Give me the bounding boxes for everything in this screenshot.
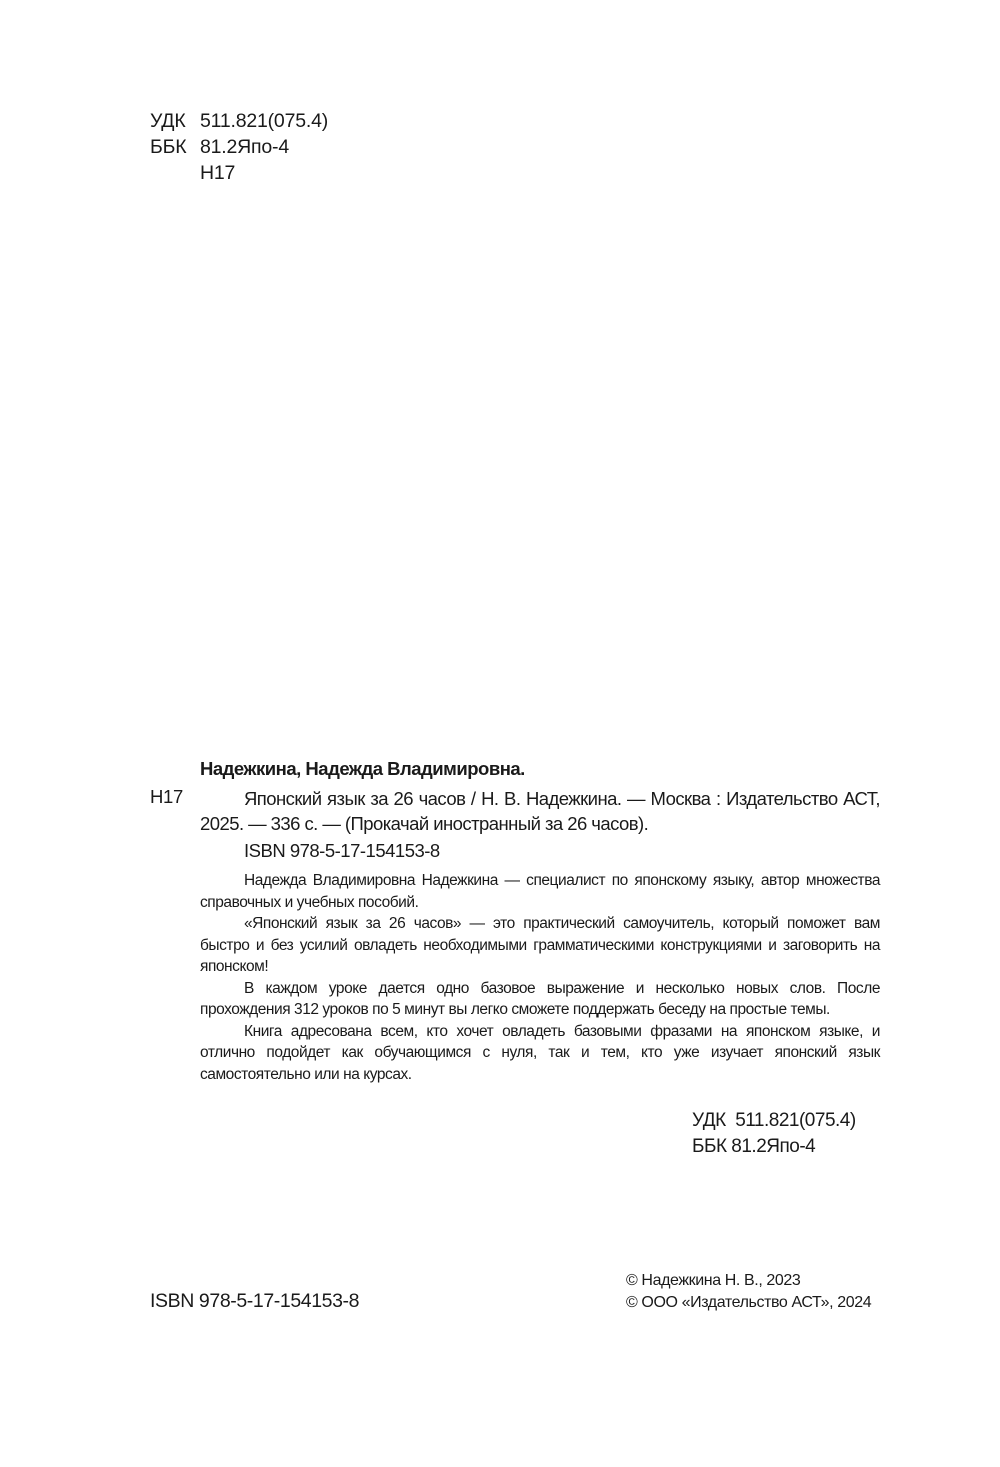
bib-isbn: ISBN 978-5-17-154153-8 <box>244 840 440 862</box>
bbk-bottom: ББК 81.2Япо-4 <box>692 1134 856 1160</box>
bib-author-sign: Н17 <box>150 786 183 808</box>
bbk-value: 81.2Япо-4 <box>200 134 289 160</box>
annotation: Надежда Владимировна Надежкина — специал… <box>200 870 880 1085</box>
classification-block-top: УДК 511.821(075.4) ББК 81.2Япо-4 Н17 <box>150 108 328 186</box>
udk-value: 511.821(075.4) <box>200 108 328 134</box>
bib-description: Японский язык за 26 часов / Н. В. Надежк… <box>200 786 880 836</box>
classification-block-bottom: УДК 511.821(075.4) ББК 81.2Япо-4 <box>692 1108 856 1160</box>
udk-row: УДК 511.821(075.4) <box>150 108 328 134</box>
annotation-paragraph: Надежда Владимировна Надежкина — специал… <box>200 870 880 913</box>
author-heading: Надежкина, Надежда Владимировна. <box>200 758 525 780</box>
annotation-paragraph: Книга адресована всем, кто хочет овладет… <box>200 1021 880 1086</box>
copyright-block: © Надежкина Н. В., 2023 © ООО «Издательс… <box>626 1270 871 1314</box>
annotation-paragraph: «Японский язык за 26 часов» — это практи… <box>200 913 880 978</box>
author-sign-row: Н17 <box>150 160 328 186</box>
isbn-footer: ISBN 978-5-17-154153-8 <box>150 1290 359 1313</box>
udk-bottom: УДК 511.821(075.4) <box>692 1108 856 1134</box>
bbk-label: ББК <box>150 134 200 160</box>
bbk-row: ББК 81.2Япо-4 <box>150 134 328 160</box>
author-sign: Н17 <box>200 160 235 186</box>
annotation-paragraph: В каждом уроке дается одно базовое выраж… <box>200 978 880 1021</box>
udk-label: УДК <box>150 108 200 134</box>
copyright-publisher: © ООО «Издательство АСТ», 2024 <box>626 1292 871 1314</box>
copyright-author: © Надежкина Н. В., 2023 <box>626 1270 871 1292</box>
